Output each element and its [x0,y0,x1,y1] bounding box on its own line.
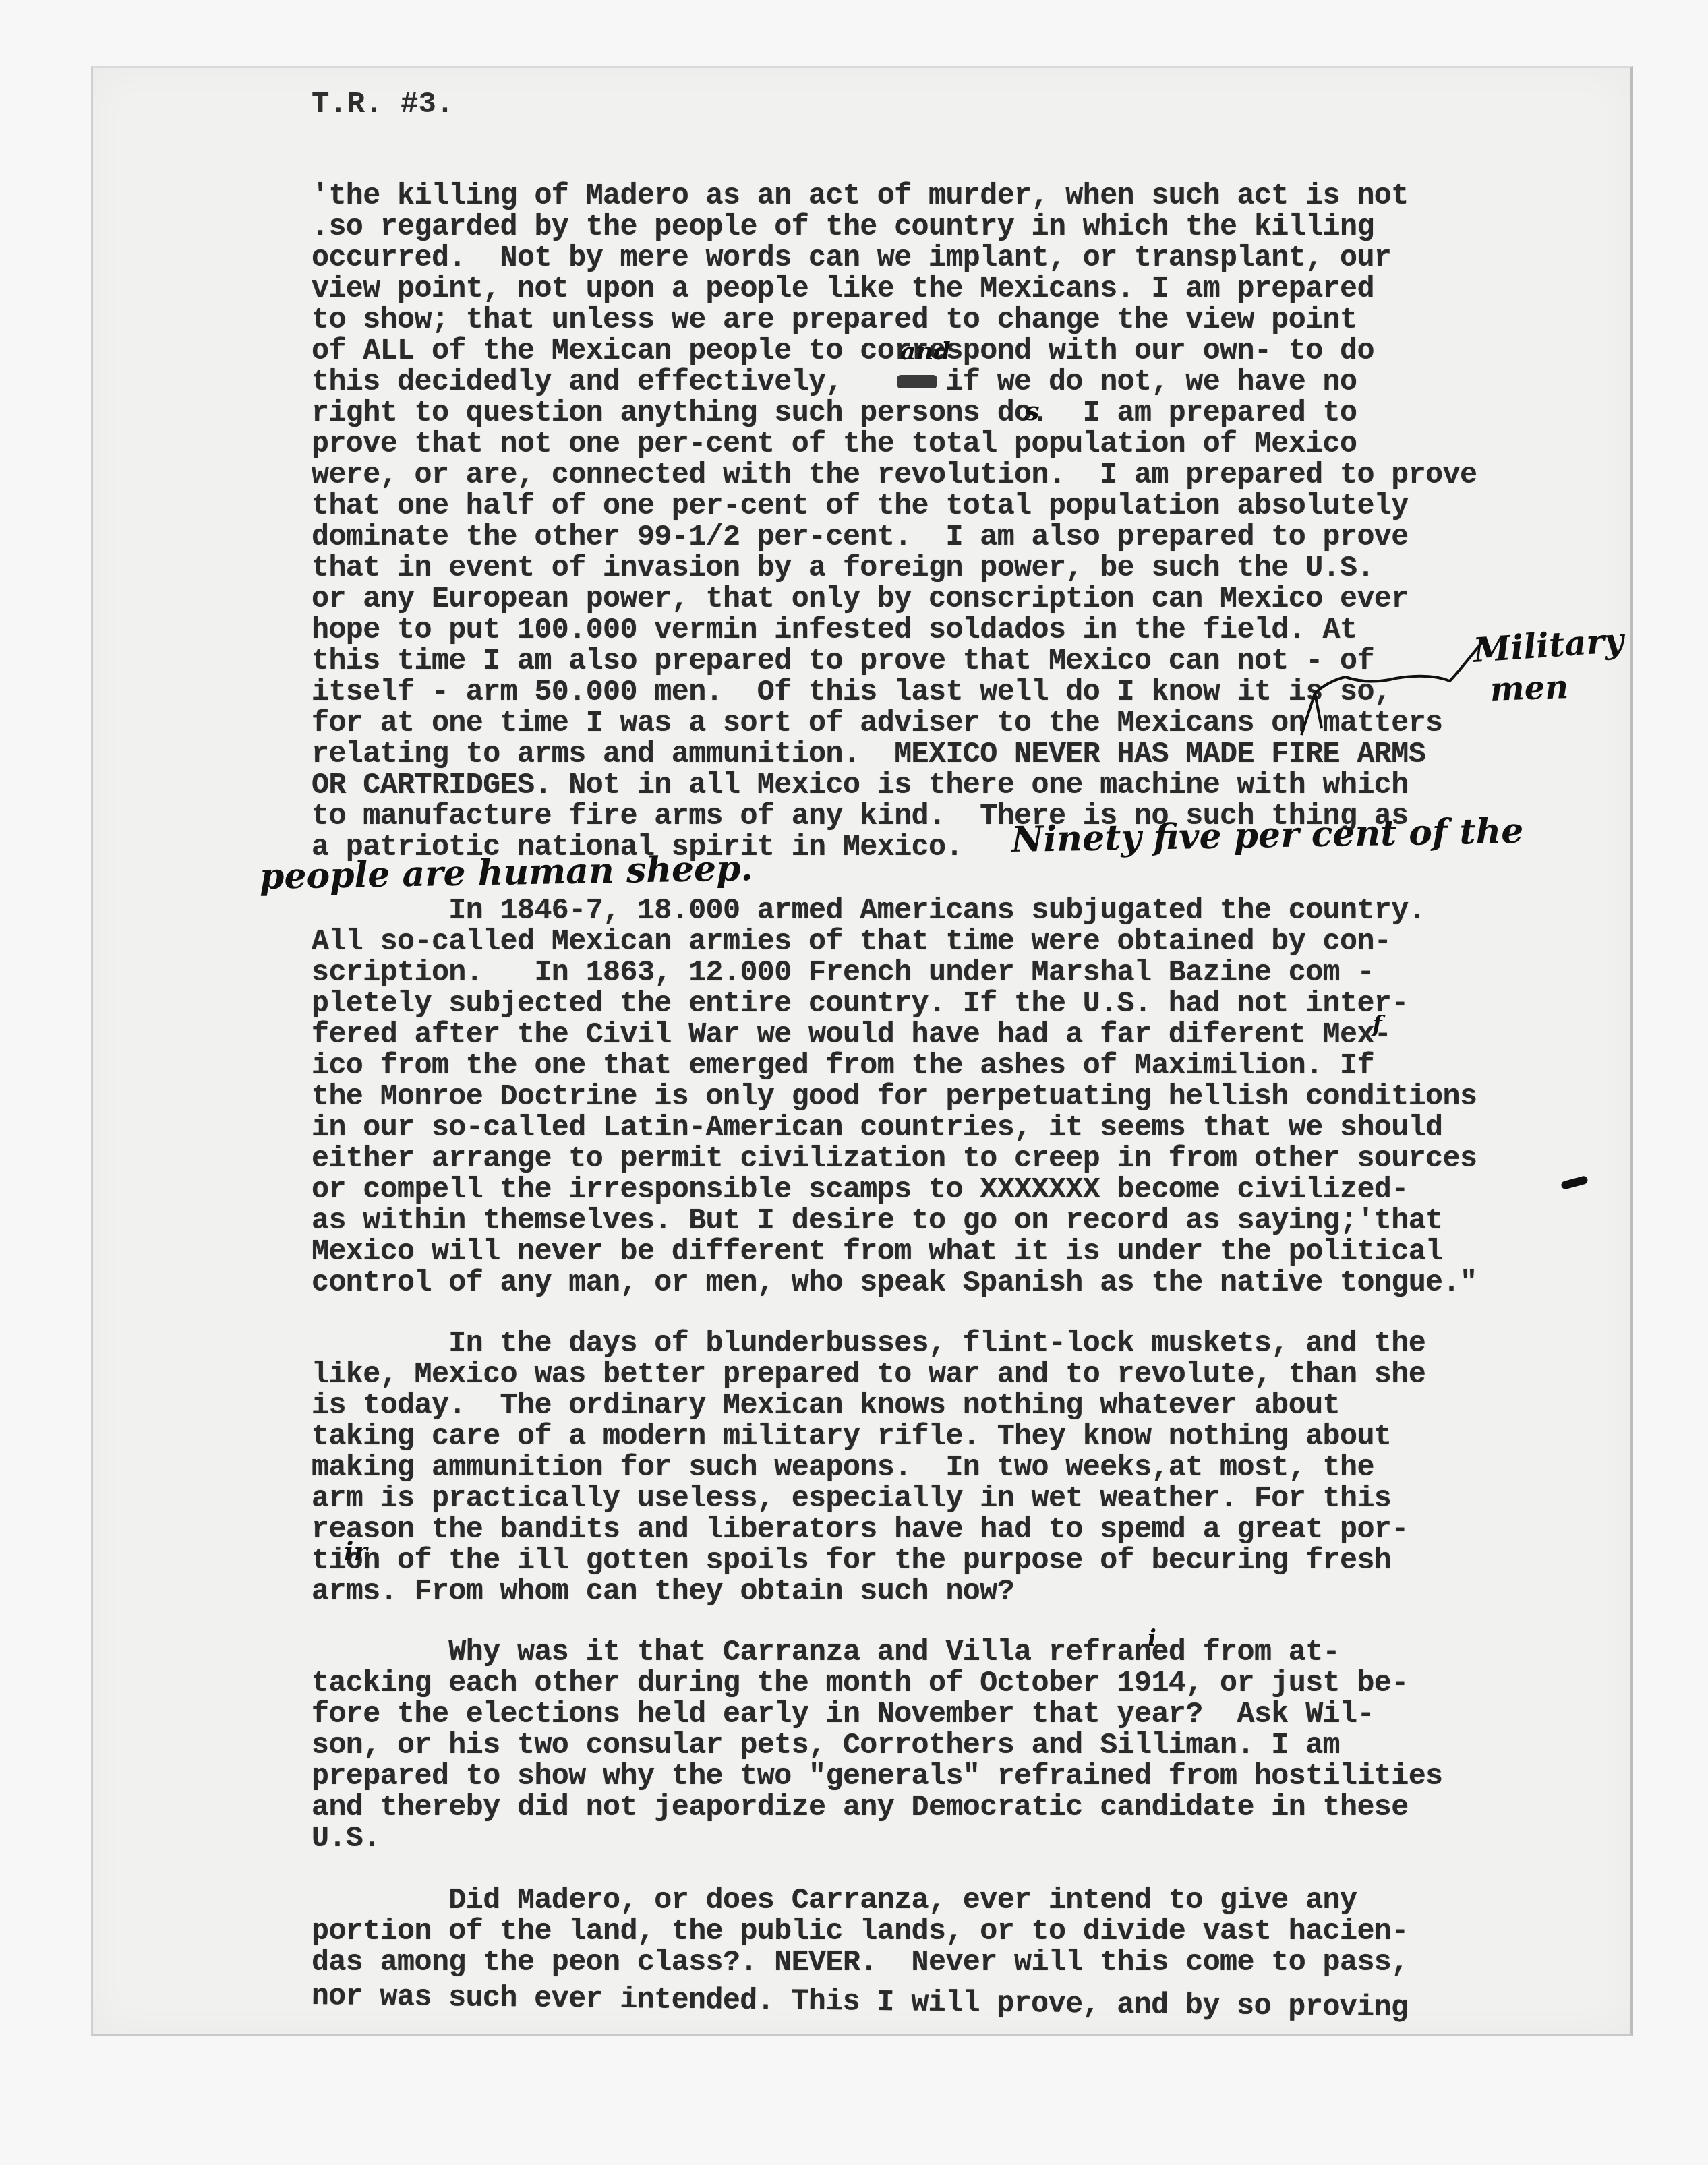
text-line: either arrange to permit civilization to… [312,1144,1477,1175]
text-line: right to question anything such persons … [312,398,1357,429]
handwritten-ir-insertion: ir [344,1536,367,1566]
page-header: T.R. #3. [312,88,454,121]
text-line: and thereby did not jeapordize any Democ… [312,1792,1409,1823]
text-line: Did Madero, or does Carranza, ever inten… [312,1885,1357,1916]
text-line: or any European power, that only by cons… [312,584,1409,615]
text-line: tion of the ill gotten spoils for the pu… [312,1545,1391,1576]
handwritten-ninety-five-line2: people are human sheep. [259,848,753,897]
text-line: occurred. Not by mere words can we impla… [312,243,1391,274]
text-line: pletely subjected the entire country. If… [312,988,1409,1019]
handwritten-s-insertion: s [1024,395,1040,427]
text-line: is today. The ordinary Mexican knows not… [312,1390,1340,1421]
text-line: Why was it that Carranza and Villa refra… [312,1637,1340,1668]
text-line: 'the killing of Madero as an act of murd… [312,181,1409,212]
text-line: All so-called Mexican armies of that tim… [312,926,1391,957]
text-line: control of any man, or men, who speak Sp… [312,1268,1477,1299]
text-line: hope to put 100.000 vermin infested sold… [312,615,1357,646]
text-line: were, or are, connected with the revolut… [312,460,1477,491]
handwritten-and-insertion: and [900,337,951,365]
text-line: arm is practically useless, especially i… [312,1483,1391,1514]
text-line: prove that not one per-cent of the total… [312,429,1357,460]
text-line: fore the elections held early in Novembe… [312,1699,1374,1730]
text-line: that in event of invasion by a foreign p… [312,553,1374,584]
text-line: as within themselves. But I desire to go… [312,1206,1443,1237]
text-line: this time I am also prepared to prove th… [312,646,1374,677]
text-line: taking care of a modern military rifle. … [312,1421,1391,1452]
text-line: tacking each other during the month of O… [312,1668,1409,1699]
text-line: view point, not upon a people like the M… [312,274,1374,305]
text-line: that one half of one per-cent of the tot… [312,491,1409,522]
text-line: In 1846-7, 18.000 armed Americans subjug… [312,895,1425,926]
text-line: Mexico will never be different from what… [312,1237,1443,1268]
text-line: prepared to show why the two "generals" … [312,1761,1443,1792]
text-line: U.S. [312,1823,380,1854]
handwritten-i-insertion: i [1148,1625,1156,1652]
strikeout-mark [897,375,937,388]
text-line: .so regarded by the people of the countr… [312,212,1374,243]
text-line: fered after the Civil War we would have … [312,1019,1391,1050]
insertion-caret-line [1227,634,1497,742]
text-line: das among the peon class?. NEVER. Never … [312,1947,1409,1978]
text-line: making ammunition for such weapons. In t… [312,1452,1374,1483]
text-line: to show; that unless we are prepared to … [312,305,1357,336]
text-line: reason the bandits and liberators have h… [312,1514,1409,1545]
text-line: the Monroe Doctrine is only good for per… [312,1081,1477,1113]
margin-note-men: men [1490,668,1569,709]
text-line: relating to arms and ammunition. MEXICO … [312,739,1425,770]
text-line: of ALL of the Mexican people to correspo… [312,336,1374,367]
text-line: like, Mexico was better prepared to war … [312,1359,1425,1390]
handwritten-f-insertion: f [1372,1011,1382,1038]
text-line: dominate the other 99-1/2 per-cent. I am… [312,522,1409,553]
text-line: son, or his two consular pets, Corrother… [312,1730,1340,1761]
text-line: scription. In 1863, 12.000 French under … [312,957,1374,988]
text-line: in our so-called Latin-American countrie… [312,1113,1443,1144]
text-line: OR CARTRIDGES. Not in all Mexico is ther… [312,770,1409,801]
text-line: this decidedly and effectively, if we do… [312,367,1357,398]
text-line: ico from the one that emerged from the a… [312,1050,1374,1081]
text-line: portion of the land, the public lands, o… [312,1916,1409,1947]
text-line: In the days of blunderbusses, flint-lock… [312,1328,1425,1359]
text-line: arms. From whom can they obtain such now… [312,1576,1014,1607]
text-line: or compell the irresponsible scamps to X… [312,1175,1409,1206]
